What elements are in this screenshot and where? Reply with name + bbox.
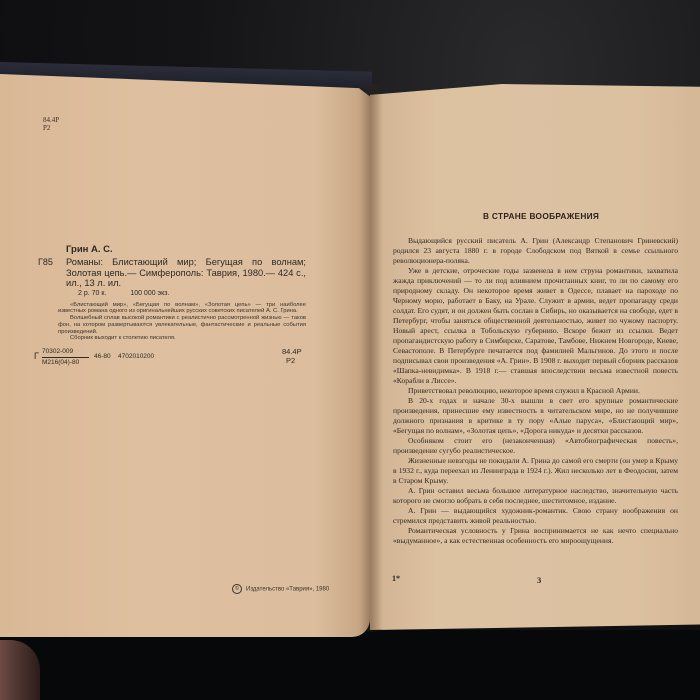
bbk-line: Р2: [43, 124, 59, 132]
foreword-paragraph: Жизненные невзгоды не покидали А. Грина …: [393, 456, 678, 486]
foreword-title: В СТРАНЕ ВООБРАЖЕНИЯ: [483, 211, 599, 221]
bbk-classification-top: 84.4Р Р2: [43, 116, 59, 132]
print-run: 100 000 экз.: [130, 290, 169, 297]
foreword-paragraph: А. Грин оставил весьма большое литератур…: [393, 486, 678, 506]
shelf-code: Г85: [38, 257, 66, 289]
annotation-paragraph: Сборник выходит к столетию писателя.: [58, 335, 306, 342]
price: 2 р. 70 к.: [78, 290, 106, 297]
copyright-text: Издательство «Таврия», 1980: [246, 587, 329, 593]
catalog-entry: Г85 Романы: Блистающий мир; Бегущая по в…: [38, 257, 306, 289]
index-middle: 46-80: [94, 353, 111, 360]
page-number: 3: [537, 575, 541, 585]
annotation-paragraph: Волшебный сплав высокой романтики с реал…: [58, 315, 306, 335]
price-line: 2 р. 70 к. 100 000 экз.: [78, 290, 306, 297]
foreword-paragraph: Уже в детские, отроческие годы зазвенела…: [393, 266, 678, 386]
bbk-line: 84.4Р: [43, 116, 59, 124]
bbk-line: 84.4Р: [282, 347, 302, 356]
annotation: «Блистающий мир», «Бегущая по волнам», «…: [58, 302, 306, 343]
fraction-top: 70302-009: [42, 347, 89, 358]
foreword-paragraph: А. Грин — выдающийся художник-романтик. …: [393, 506, 678, 526]
index-prefix: Г: [34, 351, 39, 361]
copyright-icon: ©: [232, 584, 242, 594]
bbk-line: Р2: [286, 356, 302, 365]
book-gutter: [360, 84, 382, 632]
bbk-classification: 84.4Р Р2: [282, 347, 302, 365]
catalog-card: Грин А. С. Г85 Романы: Блистающий мир; Б…: [38, 244, 306, 342]
index-code: 4702010200: [118, 353, 154, 360]
foreword-paragraph: Выдающийся русский писатель А. Грин (Але…: [393, 236, 678, 266]
catalog-description: Романы: Блистающий мир; Бегущая по волна…: [66, 257, 306, 289]
foreword-paragraph: Особняком стоит его (незаконченная) «Авт…: [393, 436, 678, 456]
fraction-bottom: М216(04)-80: [42, 359, 79, 366]
index-fraction: 70302-009 М216(04)-80: [42, 347, 89, 368]
table-surface: [0, 630, 700, 700]
signature-mark: 1*: [392, 574, 400, 583]
catalog-author: Грин А. С.: [66, 244, 306, 255]
foreword-paragraph: Приветствовал революцию, некоторое время…: [393, 386, 678, 396]
annotation-paragraph: «Блистающий мир», «Бегущая по волнам», «…: [58, 302, 306, 316]
copyright-line: ©Издательство «Таврия», 1980: [232, 584, 329, 594]
foreword-paragraph: В 20-х годах и начале 30-х вышли в свет …: [393, 396, 678, 436]
foreword-body: Выдающийся русский писатель А. Грин (Але…: [393, 236, 678, 546]
foreword-paragraph: Романтическая условность у Грина восприн…: [393, 526, 678, 546]
